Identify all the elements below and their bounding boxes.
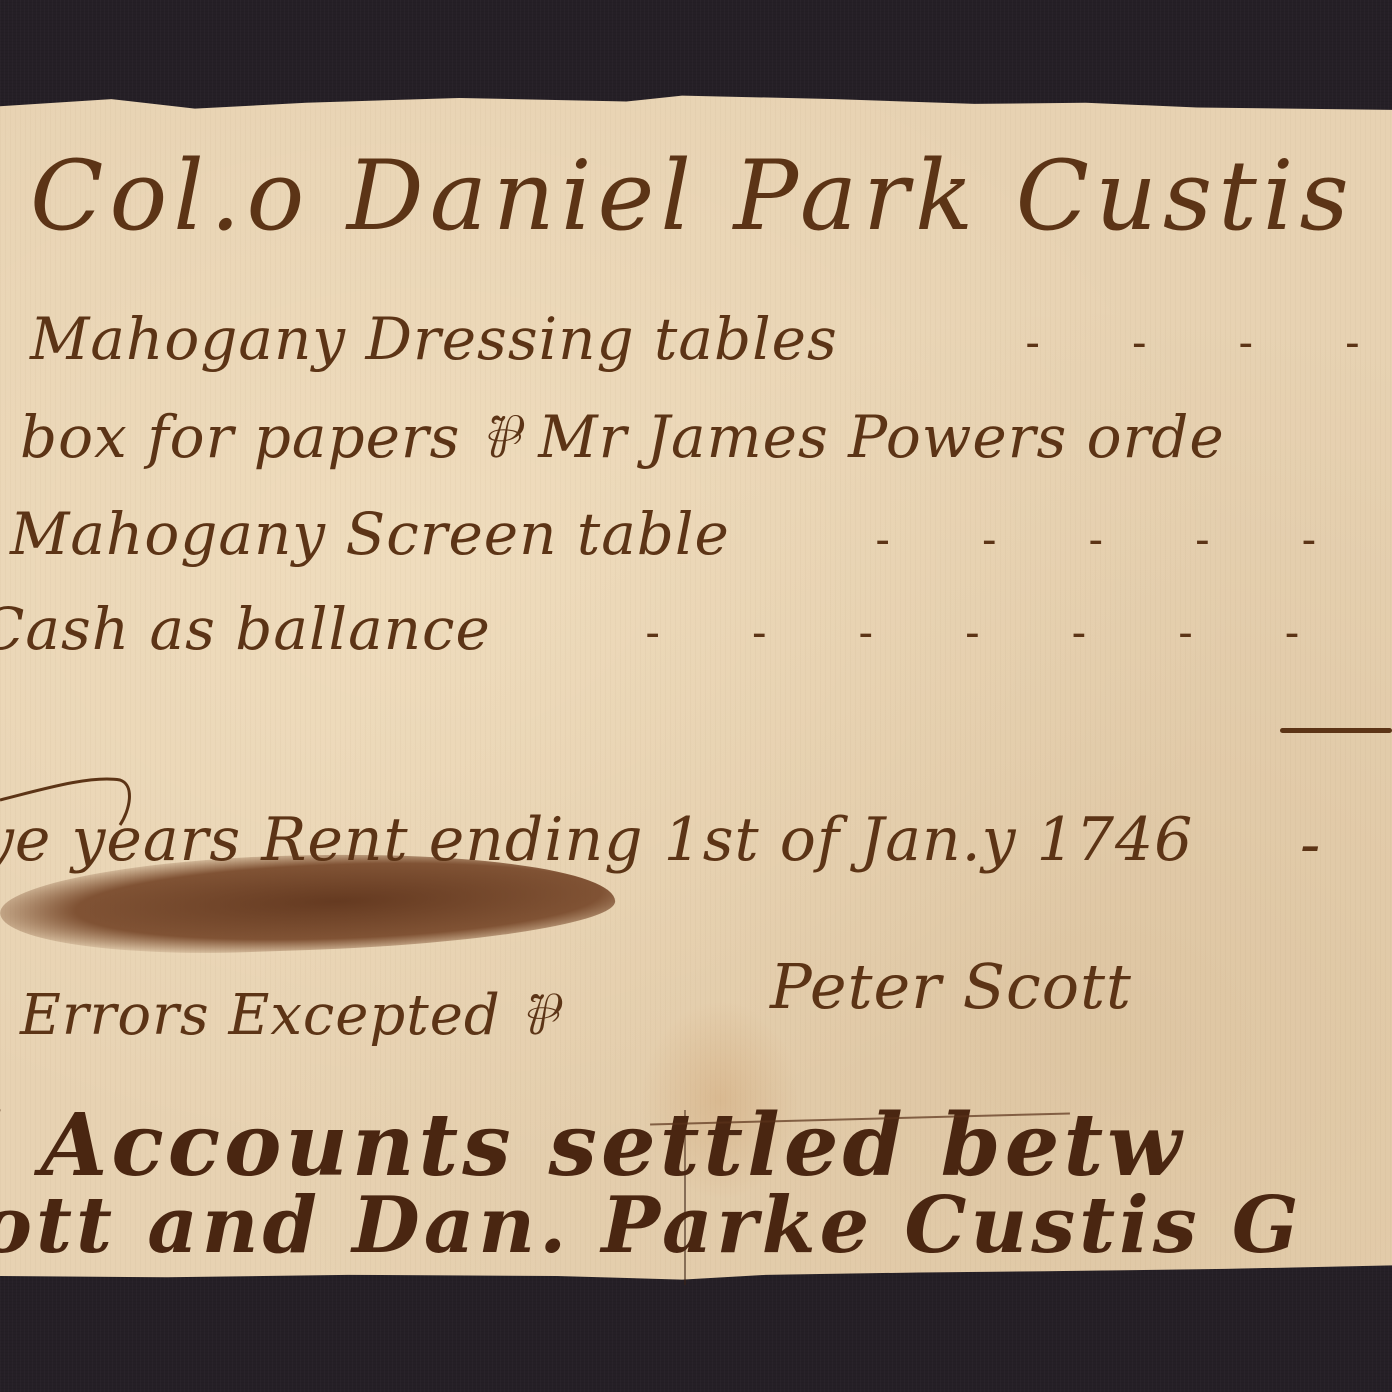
line-item-leader-dots: - - - - - - - - - - - - -: [640, 608, 1392, 657]
document-mount: Col.o Daniel Park Custis Mahogany Dressi…: [0, 0, 1392, 1392]
date-line-rent-ending: ye years Rent ending 1st of Jan.y 1746: [0, 805, 1193, 875]
line-item-cash-balance: Cash as ballance: [0, 595, 491, 663]
signature-peter-scott: Peter Scott: [770, 950, 1132, 1023]
line-item-dressing-tables: Mahogany Dressing tables: [30, 305, 838, 373]
errors-excepted-text: Errors Excepted ⅌: [20, 975, 557, 1051]
total-rule-line: [1280, 728, 1392, 733]
date-line-date: 1st of Jan.y 1746: [664, 805, 1194, 875]
line-item-box-for-papers: box for papers ⅌ Mr James Powers orde: [20, 395, 1225, 474]
line-item-leader-dots: - - - - - - - - -: [870, 515, 1392, 564]
line-item-screen-table: Mahogany Screen table: [10, 500, 730, 568]
date-line-suffix: -: [1300, 810, 1321, 880]
line-item-leader-dots: - - - - - - -: [1020, 318, 1392, 367]
date-line-prefix: ye years Rent ending: [0, 805, 644, 875]
document-title: Col.o Daniel Park Custis: [30, 140, 1355, 252]
endorsement-line-2: ott and Dan. Parke Custis G: [0, 1180, 1302, 1271]
